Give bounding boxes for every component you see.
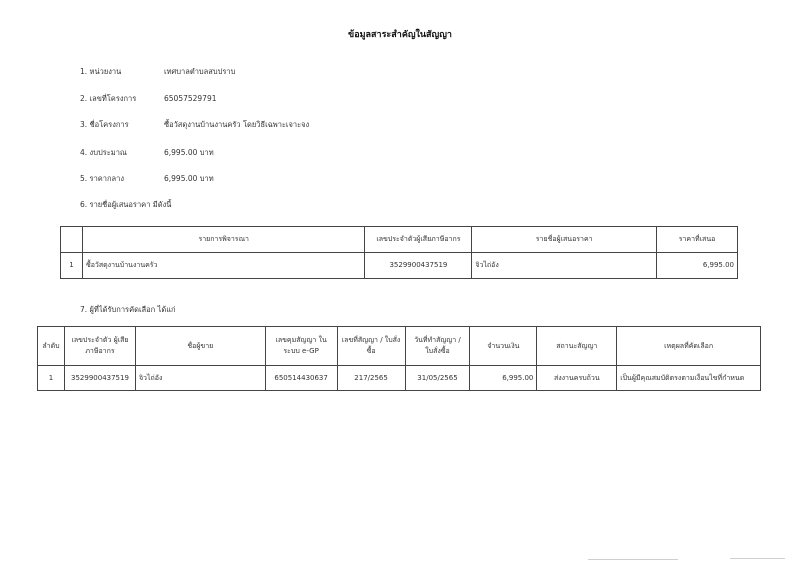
- cell-contract-number: 217/2565: [337, 366, 405, 391]
- info-budget: 4. งบประมาณ6,995.00 บาท: [80, 147, 214, 159]
- header-cell: [61, 227, 83, 253]
- info-label: 2. เลขที่โครงการ: [80, 93, 164, 105]
- header-cell: เลขประจำตัว ผู้เสียภาษีอากร: [64, 327, 135, 366]
- winners-table: ลำดับ เลขประจำตัว ผู้เสียภาษีอากร ชื่อผู…: [37, 326, 761, 391]
- cell-item: ซื้อวัสดุงานบ้านงานครัว: [82, 253, 365, 279]
- header-cell: ลำดับ: [38, 327, 65, 366]
- info-value: 6,995.00 บาท: [164, 147, 214, 159]
- header-cell: รายชื่อผู้เสนอราคา: [472, 227, 657, 253]
- info-value: เทศบาลตำบลสบปราบ: [164, 66, 235, 78]
- header-cell: ราคาที่เสนอ: [657, 227, 738, 253]
- cell-amount: 6,995.00: [470, 366, 537, 391]
- cell-index: 1: [61, 253, 83, 279]
- info-value: 65057529791: [164, 94, 217, 103]
- cell-price: 6,995.00: [657, 253, 738, 279]
- header-cell: สถานะสัญญา: [537, 327, 617, 366]
- bidders-table: รายการพิจารณา เลขประจำตัวผู้เสียภาษีอากร…: [60, 226, 738, 279]
- header-cell: เหตุผลที่คัดเลือก: [617, 327, 761, 366]
- cell-contract-date: 31/05/2565: [405, 366, 470, 391]
- header-cell: เลขที่สัญญา / ใบสั่งซื้อ: [337, 327, 405, 366]
- header-cell: วันที่ทำสัญญา / ใบสั่งซื้อ: [405, 327, 470, 366]
- info-label: 4. งบประมาณ: [80, 147, 164, 159]
- cell-selection-reason: เป็นผู้มีคุณสมบัติตรงตามเงื่อนไขที่กำหนด: [617, 366, 761, 391]
- document-title: ข้อมูลสาระสำคัญในสัญญา: [0, 27, 800, 41]
- table-row: 1 3529900437519 จิวไถ่อัง 650514430637 2…: [38, 366, 761, 391]
- cell-seller-name: จิวไถ่อัง: [135, 366, 265, 391]
- info-label: 5. ราคากลาง: [80, 173, 164, 185]
- info-value: ซื้อวัสดุงานบ้านงานครัว โดยวิธีเฉพาะเจาะ…: [164, 119, 309, 131]
- header-cell: เลขประจำตัวผู้เสียภาษีอากร: [365, 227, 472, 253]
- header-cell: ชื่อผู้ขาย: [135, 327, 265, 366]
- table-header-row: รายการพิจารณา เลขประจำตัวผู้เสียภาษีอากร…: [61, 227, 738, 253]
- info-median-price: 5. ราคากลาง6,995.00 บาท: [80, 173, 214, 185]
- header-cell: รายการพิจารณา: [82, 227, 365, 253]
- info-value: 6,995.00 บาท: [164, 173, 214, 185]
- cell-tax-id: 3529900437519: [64, 366, 135, 391]
- table-row: 1 ซื้อวัสดุงานบ้านงานครัว 3529900437519 …: [61, 253, 738, 279]
- info-label: 3. ชื่อโครงการ: [80, 119, 164, 131]
- info-project-number: 2. เลขที่โครงการ65057529791: [80, 93, 217, 105]
- cell-tax-id: 3529900437519: [365, 253, 472, 279]
- table-header-row: ลำดับ เลขประจำตัว ผู้เสียภาษีอากร ชื่อผู…: [38, 327, 761, 366]
- section6-heading: 6. รายชื่อผู้เสนอราคา มีดังนี้: [80, 199, 171, 211]
- cell-index: 1: [38, 366, 65, 391]
- header-cell: เลขคุมสัญญา ในระบบ e-GP: [265, 327, 337, 366]
- header-cell: จำนวนเงิน: [470, 327, 537, 366]
- info-project-name: 3. ชื่อโครงการซื้อวัสดุงานบ้านงานครัว โด…: [80, 119, 309, 131]
- scan-artifact-line: [588, 559, 678, 560]
- cell-egp-number: 650514430637: [265, 366, 337, 391]
- cell-contract-status: ส่งงานครบถ้วน: [537, 366, 617, 391]
- info-agency: 1. หน่วยงานเทศบาลตำบลสบปราบ: [80, 66, 235, 78]
- cell-bidder-name: จิวไถ่อัง: [472, 253, 657, 279]
- scan-artifact-line: [730, 558, 785, 559]
- section7-heading: 7. ผู้ที่ได้รับการคัดเลือก ได้แก่: [80, 304, 176, 316]
- info-label: 1. หน่วยงาน: [80, 66, 164, 78]
